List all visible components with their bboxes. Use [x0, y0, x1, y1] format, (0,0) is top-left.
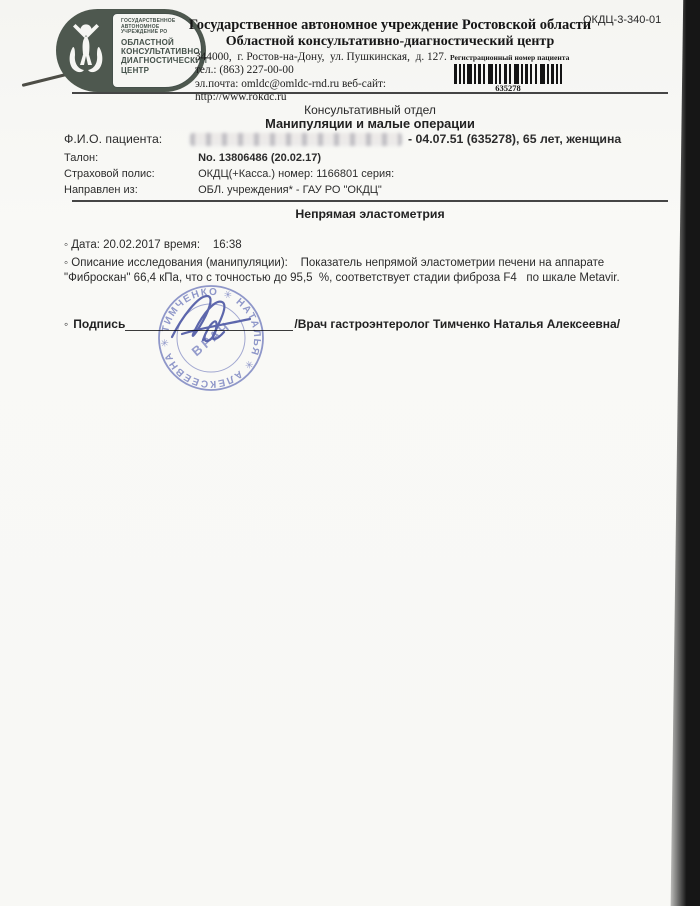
patient-row: Ф.И.О. пациента: - 04.07.51 (635278), 65… [64, 132, 664, 146]
section-divider [72, 200, 668, 202]
redacted-patient-name [190, 133, 402, 146]
org-phone: тел.: (863) 227-00-00 [195, 64, 455, 77]
org-name-line1: Государственное автономное учреждение Ро… [140, 17, 640, 34]
scan-pen-mark-artifact [22, 73, 67, 87]
doctor-name: /Врач гастроэнтеролог Тимченко Наталья А… [294, 317, 620, 331]
report-date-line: ◦ Дата: 20.02.2017 время: 16:38 [64, 239, 242, 251]
header-divider [72, 92, 668, 94]
signature-row: ◦ Подпись /Врач гастроэнтеролог Тимченко… [64, 317, 620, 331]
form-code: ОКДЦ-3-340-01 [583, 14, 661, 26]
service-title: Манипуляции и малые операции [60, 116, 680, 131]
referral-value: ОБЛ. учреждения* - ГАУ РО "ОКДЦ" [198, 184, 382, 196]
signature-bullet: ◦ [64, 317, 68, 331]
registration-label: Регистрационный номер пациента [450, 53, 566, 62]
doctor-stamp: ТИМЧЕНКО ✳ НАТАЛЬЯ ✳ АЛЕКСЕЕВНА ✳ ВРАЧ [156, 283, 266, 393]
department-title: Консультативный отдел [60, 103, 680, 117]
ticket-label: Талон: [64, 152, 195, 164]
ticket-value: No. 13806486 (20.02.17) [198, 152, 321, 164]
org-contacts-block: 344000, г. Ростов-на-Дону, ул. Пушкинска… [195, 51, 455, 105]
referral-label: Направлен из: [64, 184, 195, 196]
org-name-line2: Областной консультативно-диагностический… [140, 34, 640, 50]
registration-block: Регистрационный номер пациента 635278 [450, 53, 566, 93]
scanned-medical-document: { "form_code": "ОКДЦ-3-340-01", "logo": … [0, 0, 700, 906]
insurance-label: Страховой полис: [64, 168, 195, 180]
patient-label: Ф.И.О. пациента: [64, 132, 190, 146]
patient-value: - 04.07.51 (635278), 65 лет, женщина [408, 132, 621, 146]
scan-black-edge [670, 0, 700, 906]
signature-label: Подпись [73, 317, 125, 331]
org-address: 344000, г. Ростов-на-Дону, ул. Пушкинска… [195, 51, 455, 64]
insurance-row: Страховой полис: ОКДЦ(+Касса.) номер: 11… [64, 168, 394, 180]
report-title: Непрямая эластометрия [60, 207, 680, 221]
ticket-row: Талон: No. 13806486 (20.02.17) [64, 152, 321, 164]
child-in-hands-icon [65, 21, 107, 79]
report-description: ◦ Описание исследования (манипуляции): П… [64, 256, 662, 286]
insurance-value: ОКДЦ(+Касса.) номер: 1166801 серия: [198, 168, 394, 180]
logo-name-line: ДИАГНОСТИЧЕСКИЙ [121, 56, 191, 65]
patient-barcode [454, 64, 562, 84]
logo-name-line: ЦЕНТР [121, 66, 191, 75]
referral-row: Направлен из: ОБЛ. учреждения* - ГАУ РО … [64, 184, 382, 196]
